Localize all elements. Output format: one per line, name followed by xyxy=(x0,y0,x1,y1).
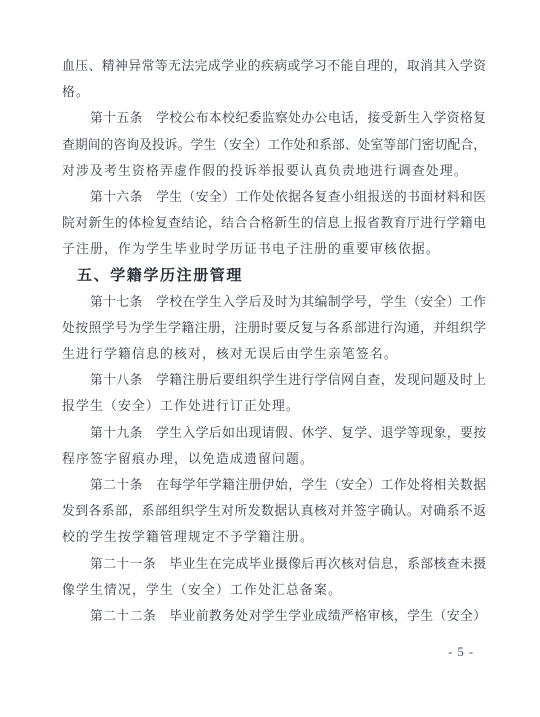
page-number: - 5 - xyxy=(62,645,474,660)
text-line: 程序签字留痕办理，以免造成遗留问题。 xyxy=(62,446,486,472)
text-line: 校的学生按学籍管理规定不予学籍注册。 xyxy=(62,524,486,550)
text-line: 第十七条 学校在学生入学后及时为其编制学号，学生（安全）工作 xyxy=(62,289,486,315)
text-line: 第十五条 学校公布本校纪委监察处办公电话，接受新生入学资格复 xyxy=(62,105,486,131)
text-line: 第二十二条 毕业前教务处对学生学业成绩严格审核，学生（安全） xyxy=(62,603,486,629)
text-line: 对涉及考生资格弄虚作假的投诉举报要认真负责地进行调查处理。 xyxy=(62,158,486,184)
text-line: 第十八条 学籍注册后要组织学生进行学信网自查，发现问题及时上 xyxy=(62,367,486,393)
section-heading: 五、学籍学历注册管理 xyxy=(62,263,486,289)
text-line: 院对新生的体检复查结论，结合合格新生的信息上报省教育厅进行学籍电 xyxy=(62,210,486,236)
text-line: 第二十一条 毕业生在完成毕业摄像后再次核对信息，系部核查未摄 xyxy=(62,551,486,577)
text-line: 像学生情况，学生（安全）工作处汇总备案。 xyxy=(62,577,486,603)
text-line: 第十六条 学生（安全）工作处依据各复查小组报送的书面材料和医 xyxy=(62,184,486,210)
document-body: 血压、精神异常等无法完成学业的疾病或学习不能自理的，取消其入学资格。第十五条 学… xyxy=(62,53,486,629)
text-line: 报学生（安全）工作处进行订正处理。 xyxy=(62,393,486,419)
text-line: 血压、精神异常等无法完成学业的疾病或学习不能自理的，取消其入学资 xyxy=(62,53,486,79)
text-line: 子注册，作为学生毕业时学历证书电子注册的重要审核依据。 xyxy=(62,236,486,262)
document-page: 血压、精神异常等无法完成学业的疾病或学习不能自理的，取消其入学资格。第十五条 学… xyxy=(0,0,540,717)
text-line: 处按照学号为学生学籍注册，注册时要反复与各系部进行沟通，并组织学 xyxy=(62,315,486,341)
text-line: 格。 xyxy=(62,79,486,105)
text-line: 第二十条 在每学年学籍注册伊始，学生（安全）工作处将相关数据 xyxy=(62,472,486,498)
text-line: 发到各系部，系部组织学生对所发数据认真核对并签字确认。对确系不返 xyxy=(62,498,486,524)
text-line: 查期间的咨询及投诉。学生（安全）工作处和系部、处室等部门密切配合， xyxy=(62,132,486,158)
text-line: 第十九条 学生入学后如出现请假、休学、复学、退学等现象，要按 xyxy=(62,420,486,446)
text-line: 生进行学籍信息的核对，核对无误后由学生亲笔签名。 xyxy=(62,341,486,367)
